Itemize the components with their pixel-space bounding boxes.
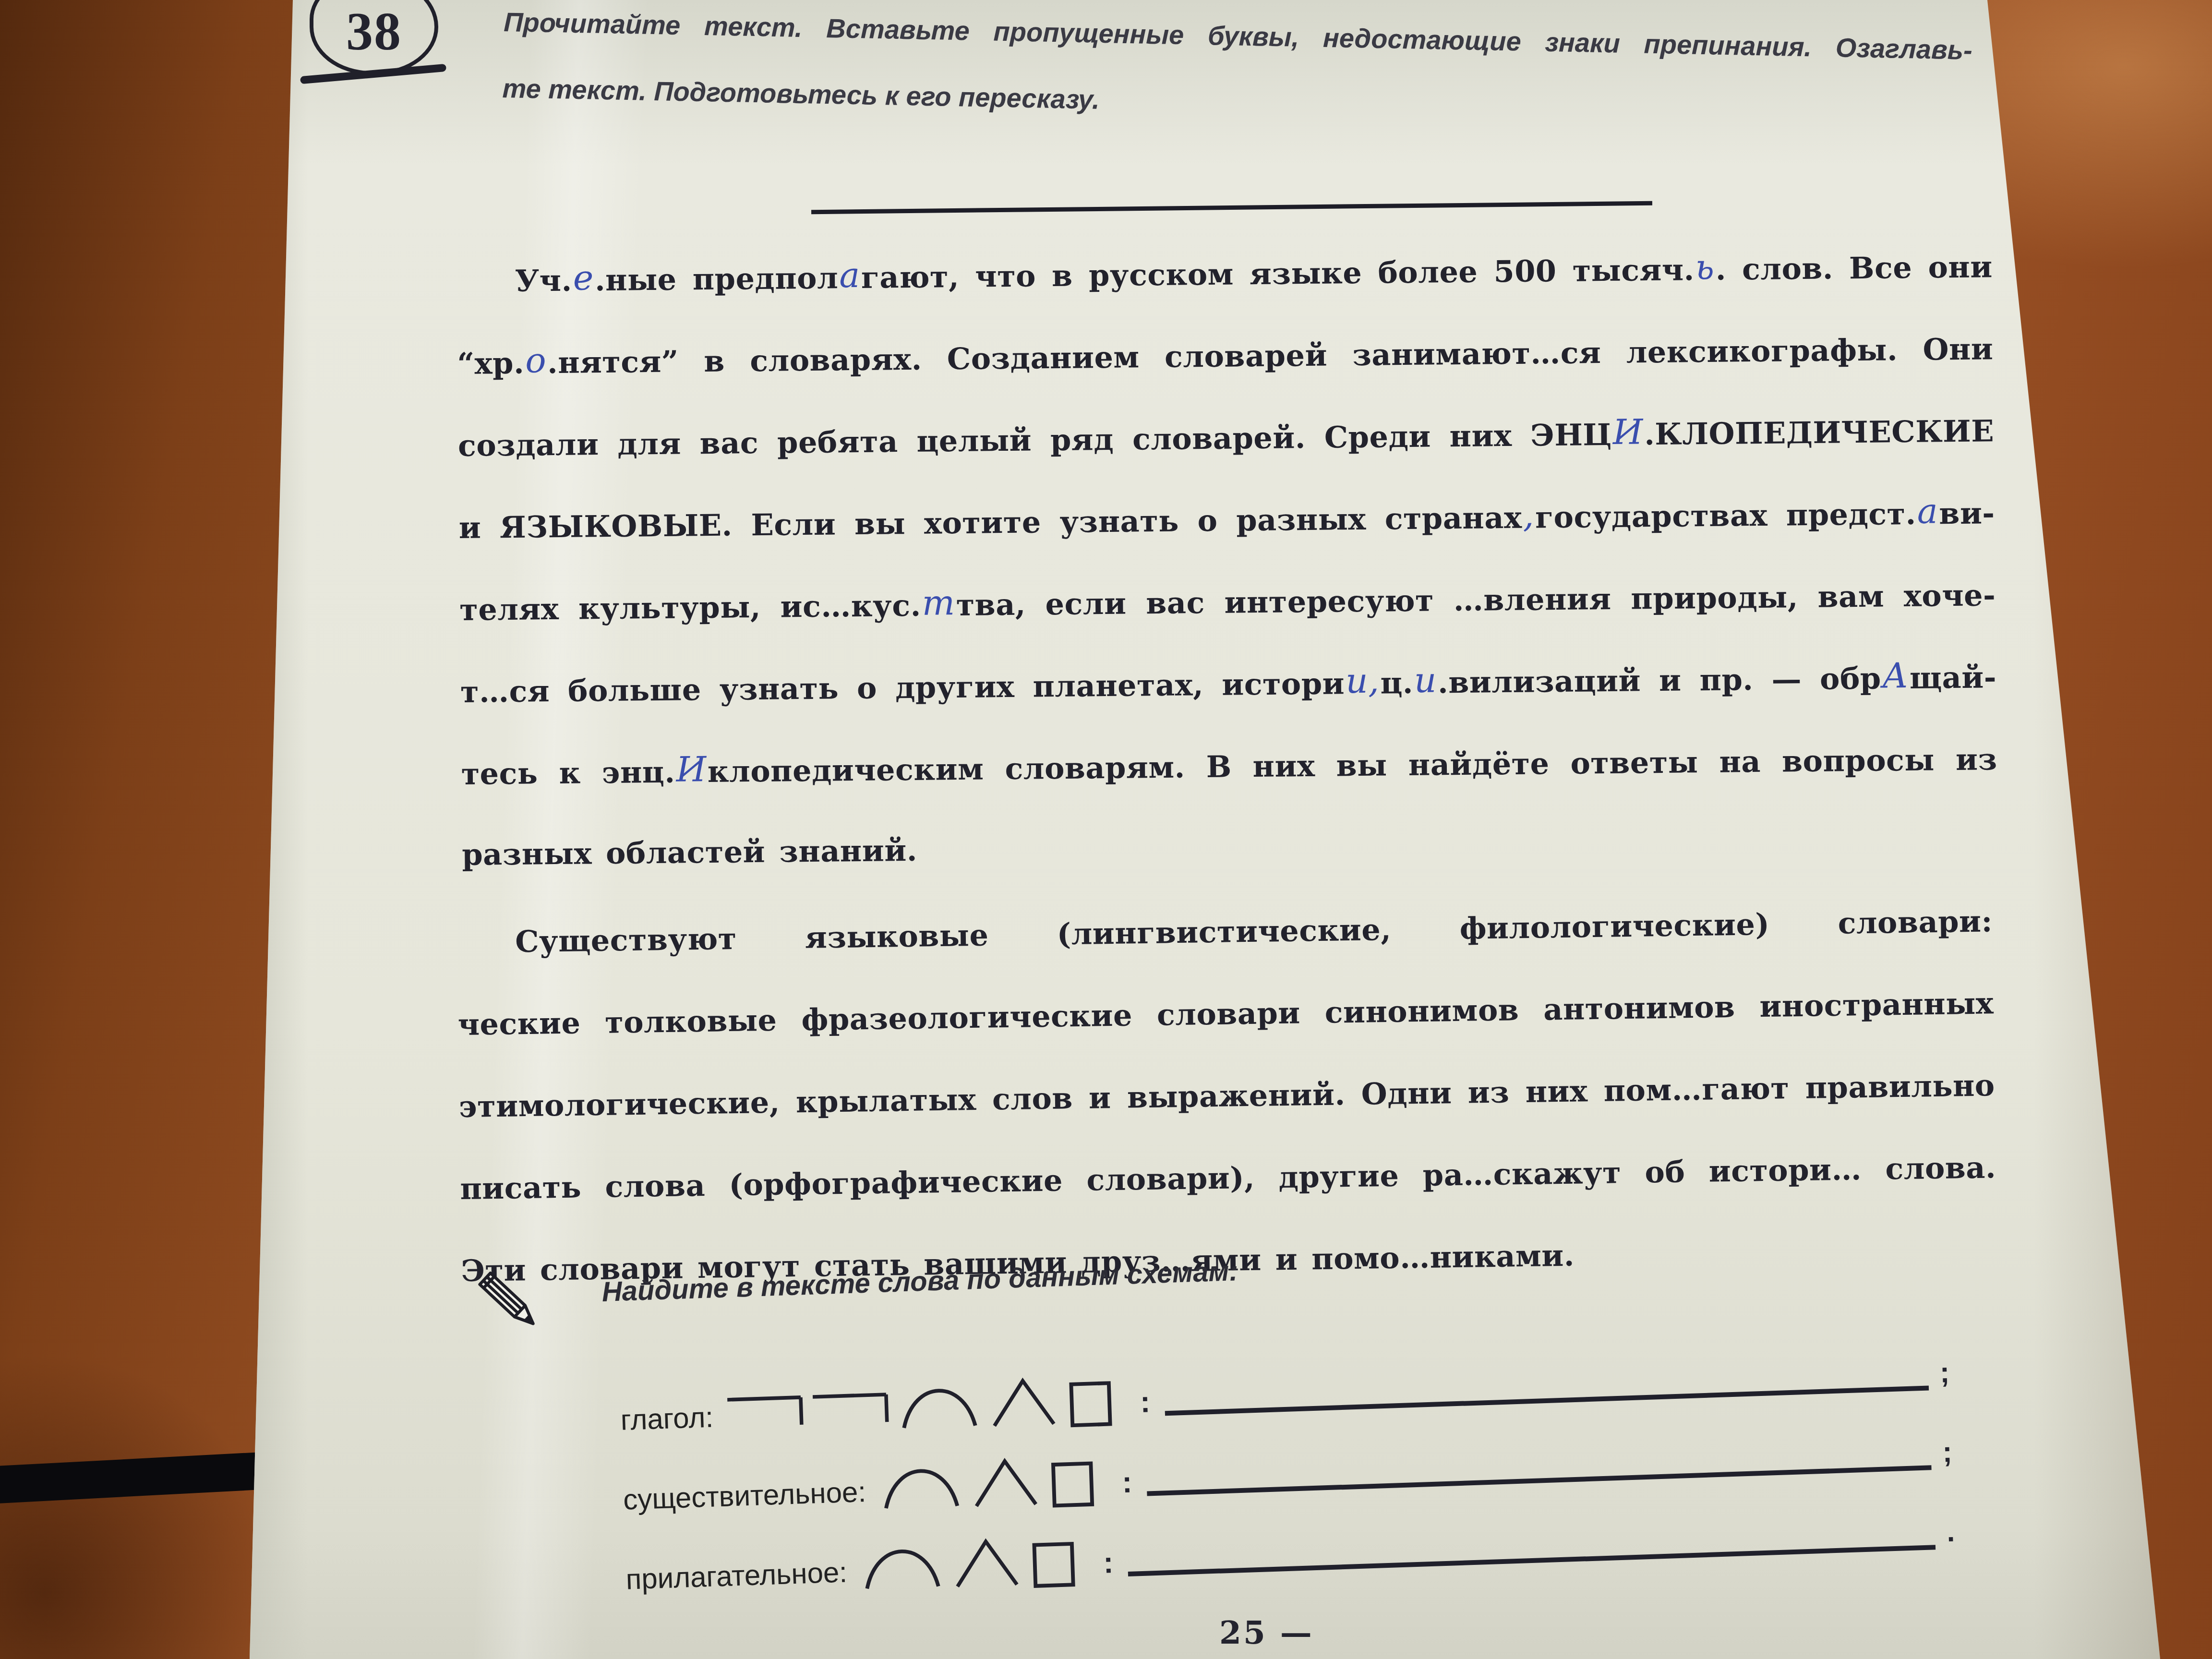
printed-text: государствах предст. <box>1535 496 1916 535</box>
page-number-dash: — <box>1280 1614 1314 1651</box>
scheme-row-label: существительное: <box>623 1475 866 1521</box>
handwritten-letter: а <box>838 255 861 295</box>
text-line: и ЯЗЫКОВЫЕ. Если вы хотите узнать о разн… <box>458 470 1995 567</box>
printed-text: создали для вас ребята целый ряд словаре… <box>458 417 1612 463</box>
printed-text: разных областей знаний. <box>462 833 917 872</box>
morpheme-root-icon <box>858 1536 947 1593</box>
printed-text: тесь к энц. <box>461 755 675 792</box>
printed-text: щай- <box>1910 660 1997 696</box>
printed-text: .КЛОПЕДИЧЕСКИЕ <box>1644 413 1994 452</box>
text-line: телях культуры, ис…кус.ттва, если вас ин… <box>459 553 1996 649</box>
printed-text: клопедическим словарям. В них вы найдёте… <box>707 742 1997 789</box>
morpheme-root-icon <box>894 1375 984 1432</box>
handwritten-letter: , <box>1522 494 1535 535</box>
table-object <box>0 1452 260 1503</box>
exercise-number: 38 <box>346 5 402 71</box>
morpheme-root-icon <box>877 1455 966 1513</box>
morpheme-suffix-icon <box>969 1454 1043 1510</box>
scheme-colon: : <box>1090 1546 1120 1586</box>
scheme-colon: : <box>1109 1465 1139 1505</box>
printed-text: телях культуры, ис…кус. <box>459 588 921 627</box>
morpheme-prefix-icon <box>724 1382 806 1438</box>
morpheme-prefix-icon <box>809 1379 892 1435</box>
printed-text: ви- <box>1939 495 1995 531</box>
handwritten-letter: и <box>1413 660 1438 700</box>
morpheme-ending-icon <box>1045 1451 1099 1511</box>
scheme-tail-punctuation: ; <box>1938 1435 1953 1478</box>
text-line: создали для вас ребята целый ряд словаре… <box>457 388 1994 485</box>
textbook-page: 38 Прочитайте текст. Вставьте пропущенны… <box>230 0 2170 1659</box>
handwritten-letter: А <box>1881 655 1910 696</box>
task-prompt: Найдите в тексте слова по данным схемам: <box>601 1231 1946 1308</box>
handwritten-letter: а <box>1916 491 1939 531</box>
printed-text: .ные предпол <box>595 260 839 298</box>
exercise-header: Прочитайте текст. Вставьте пропущенные б… <box>502 5 1972 134</box>
handwritten-letter: и, <box>1345 660 1381 701</box>
scheme-row-label: глагол: <box>620 1400 714 1441</box>
text-line: тесь к энц.Иклопедическим словарям. В ни… <box>461 717 1997 814</box>
scheme-rows: глагол::;существительное::;прилагательно… <box>619 1318 1956 1601</box>
scheme-tail-punctuation: . <box>1942 1515 1956 1557</box>
answer-blank-line <box>1127 1516 1936 1576</box>
page-number-value: 25 <box>1219 1614 1267 1651</box>
handwritten-letter: е <box>572 257 595 298</box>
page-number: 25 — <box>1219 1614 1314 1651</box>
paragraph-1: Уч.е.ные предполагают, что в русском язы… <box>456 224 1998 896</box>
printed-text: “хр. <box>457 346 524 381</box>
printed-text: гают, что в русском языке более 500 тыся… <box>861 252 1695 295</box>
exercise-number-badge: 38 <box>310 0 438 75</box>
scheme-colon: : <box>1127 1385 1157 1425</box>
task-section: Найдите в тексте слова по данным схемам:… <box>456 1189 1962 1659</box>
printed-text: ц. <box>1380 665 1413 701</box>
handwritten-letter: И <box>1611 411 1644 452</box>
text-line: разных областей знаний. <box>461 799 1998 896</box>
text-line: Уч.е.ные предполагают, что в русском язы… <box>456 224 1993 321</box>
printed-text: Уч. <box>515 263 572 299</box>
printed-text: и ЯЗЫКОВЫЕ. Если вы хотите узнать о разн… <box>458 500 1522 545</box>
morpheme-ending-icon <box>1063 1370 1117 1431</box>
handwritten-letter: т <box>921 582 956 623</box>
morpheme-scheme <box>873 1451 1103 1513</box>
morpheme-ending-icon <box>1026 1531 1080 1591</box>
handwritten-letter: И <box>675 749 708 790</box>
printed-text: этимологические, крылатых слов и выражен… <box>458 1068 1995 1124</box>
instruction-line: те текст. Подготовьтесь к его пересказу. <box>502 71 1972 134</box>
scheme-tail-punctuation: ; <box>1935 1356 1950 1398</box>
printed-text: . слов. Все они <box>1715 249 1993 287</box>
printed-text: .вилизаций и пр. — обр <box>1438 661 1881 700</box>
handwritten-letter: о <box>524 340 548 380</box>
text-line: т…ся больше узнать о других планетах, ис… <box>460 635 1996 732</box>
printed-text: т…ся больше узнать о других планетах, ис… <box>460 666 1345 709</box>
pencil-icon <box>467 1258 556 1347</box>
title-blank-line <box>811 201 1652 214</box>
morpheme-suffix-icon <box>950 1534 1024 1590</box>
instruction-line: Прочитайте текст. Вставьте пропущенные б… <box>504 5 1973 68</box>
printed-text: .нятся” в словарях. Созданием словарей з… <box>547 331 1994 380</box>
printed-text: тва, если вас интересуют …вления природы… <box>956 577 1996 623</box>
handwritten-letter: ь <box>1694 247 1716 287</box>
morpheme-suffix-icon <box>986 1373 1060 1430</box>
text-line: “хр.о.нятся” в словарях. Созданием слова… <box>457 306 1994 403</box>
morpheme-scheme <box>854 1531 1084 1593</box>
photo-background: 38 Прочитайте текст. Вставьте пропущенны… <box>0 0 2212 1659</box>
scheme-row-label: прилагательное: <box>625 1555 848 1600</box>
